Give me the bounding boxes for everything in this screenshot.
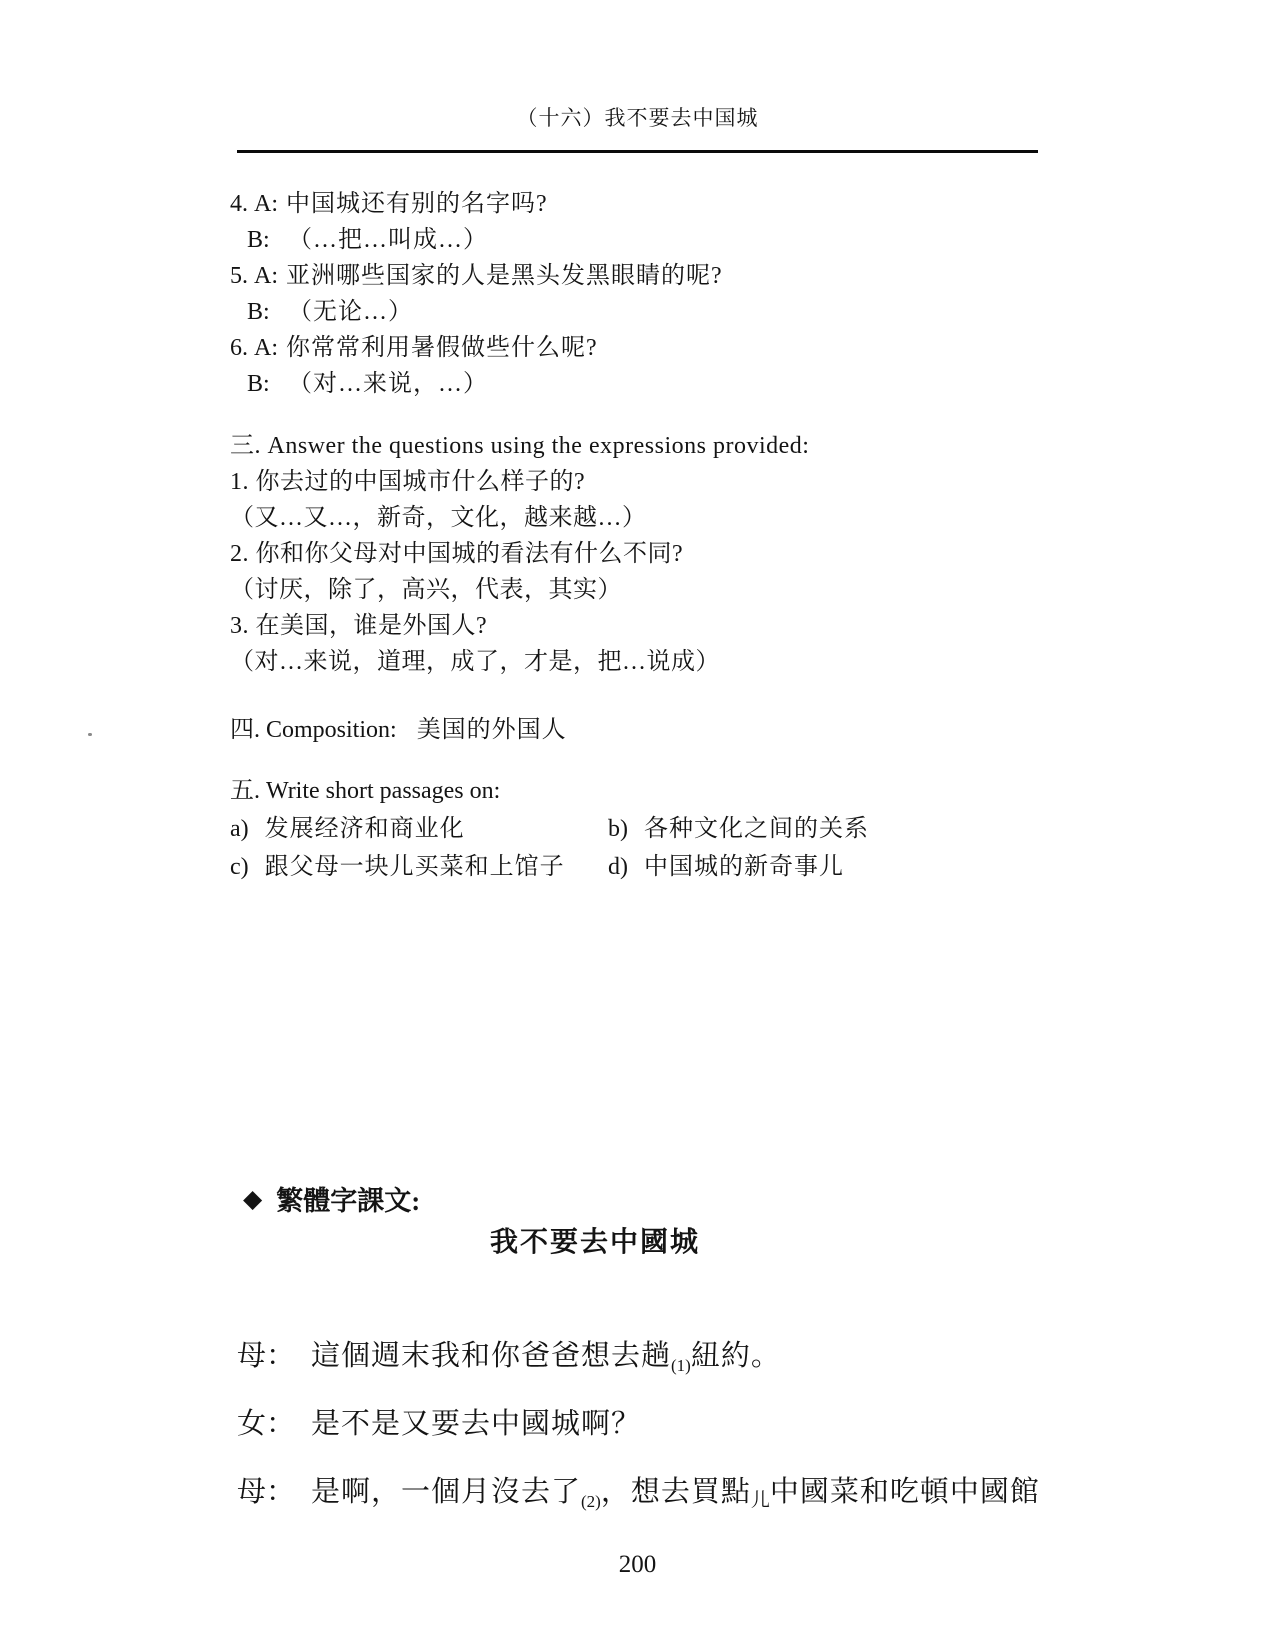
qa-question-text: 你常常利用暑假做些什么呢?	[286, 330, 598, 366]
qa-question-text: 亚洲哪些国家的人是黑头发黑眼睛的呢?	[286, 258, 723, 294]
passage-topic: c)跟父母一块儿买菜和上馆子	[230, 848, 608, 886]
qa-answer-row: B: （…把…叫成…）	[230, 222, 1070, 258]
dialogue-text: 是啊，一個月沒去了(2)，想去買點儿中國菜和吃頓中國館	[311, 1475, 1040, 1519]
dialogue-text: 這個週末我和你爸爸想去趟(1)紐約。	[311, 1339, 781, 1383]
traditional-section-header: ◆ 繁體字課文:	[243, 1179, 420, 1218]
passage-topic-label: a)	[230, 816, 249, 842]
qa-speaker-b-label: B:	[247, 222, 288, 258]
section-four: 四. Composition: 美国的外国人	[230, 709, 1070, 744]
header-rule	[237, 150, 1038, 153]
section-three: 三. Answer the questions using the expres…	[230, 428, 1070, 680]
section-three-heading: 三. Answer the questions using the expres…	[230, 428, 1070, 464]
qa-answer-hint: （…把…叫成…）	[288, 222, 488, 258]
passage-topic-text: 中国城的新奇事儿	[644, 854, 844, 880]
qa-speaker-a-label: A:	[254, 330, 286, 366]
qa-item-number: 6.	[230, 330, 254, 366]
dialogue-line: 女： 是不是又要去中國城啊？	[237, 1407, 1197, 1451]
section-four-heading: 四. Composition:	[230, 717, 397, 743]
dialogue-line: 母： 這個週末我和你爸爸想去趟(1)紐約。	[237, 1339, 1197, 1383]
section-five-heading: 五. Write short passages on:	[230, 775, 1070, 807]
qa-answer-hint: （无论…）	[288, 294, 413, 330]
dialogue-block: 母： 這個週末我和你爸爸想去趟(1)紐約。 女： 是不是又要去中國城啊？ 母： …	[237, 1339, 1197, 1543]
question-line: 2. 你和你父母对中国城的看法有什么不同?	[230, 536, 1070, 572]
traditional-section-label: 繁體字課文:	[276, 1179, 420, 1218]
expressions-line: （讨厌，除了，高兴，代表，其实）	[230, 572, 1070, 608]
passage-topic-label: b)	[608, 816, 628, 842]
qa-speaker-a-label: A:	[254, 258, 286, 294]
passage-topic-text: 各种文化之间的关系	[644, 816, 869, 842]
footnote-marker: (2)	[581, 1492, 601, 1511]
passage-topic-grid: a)发展经济和商业化 b)各种文化之间的关系 c)跟父母一块儿买菜和上馆子 d)…	[230, 810, 1070, 886]
qa-item-number: 4.	[230, 186, 254, 222]
dialogue-speaker: 母：	[237, 1475, 311, 1519]
qa-question-row: 6. A: 你常常利用暑假做些什么呢?	[230, 330, 1070, 366]
passage-topic-label: d)	[608, 854, 628, 880]
qa-question-text: 中国城还有别的名字吗?	[286, 186, 548, 222]
passage-topic-label: c)	[230, 854, 249, 880]
page-header-title: （十六）我不要去中国城	[0, 102, 1275, 132]
qa-answer-row: B: （无论…）	[230, 294, 1070, 330]
small-er-suffix: 儿	[751, 1490, 770, 1511]
expressions-line: （对…来说，道理，成了，才是，把…说成）	[230, 644, 1070, 680]
dialogue-speaker: 母：	[237, 1339, 311, 1383]
passage-topic-text: 跟父母一块儿买菜和上馆子	[265, 854, 565, 880]
scan-speck	[88, 733, 92, 736]
footnote-marker: (1)	[671, 1356, 691, 1375]
dialogue-speaker: 女：	[237, 1407, 311, 1451]
page-number: 200	[0, 1551, 1275, 1579]
dialogue-line: 母： 是啊，一個月沒去了(2)，想去買點儿中國菜和吃頓中國館	[237, 1475, 1197, 1519]
dialogue-text: 是不是又要去中國城啊？	[311, 1407, 641, 1451]
qa-question-row: 5. A: 亚洲哪些国家的人是黑头发黑眼睛的呢?	[230, 258, 1070, 294]
passage-topic: a)发展经济和商业化	[230, 810, 608, 848]
passage-topic: b)各种文化之间的关系	[608, 810, 1070, 848]
expressions-line: （又…又…，新奇，文化，越来越…）	[230, 500, 1070, 536]
qa-question-row: 4. A: 中国城还有别的名字吗?	[230, 186, 1070, 222]
question-line: 3. 在美国，谁是外国人?	[230, 608, 1070, 644]
qa-answer-row: B: （对…来说，…）	[230, 366, 1070, 402]
qa-speaker-b-label: B:	[247, 366, 288, 402]
composition-topic: 美国的外国人	[417, 717, 567, 743]
qa-exercise-section: 4. A: 中国城还有别的名字吗? B: （…把…叫成…） 5. A: 亚洲哪些…	[230, 186, 1070, 402]
qa-item-number: 5.	[230, 258, 254, 294]
qa-speaker-a-label: A:	[254, 186, 286, 222]
document-page: （十六）我不要去中国城 4. A: 中国城还有别的名字吗? B: （…把…叫成……	[0, 0, 1275, 1650]
passage-topic-text: 发展经济和商业化	[265, 816, 465, 842]
qa-speaker-b-label: B:	[247, 294, 288, 330]
lesson-title-traditional: 我不要去中國城	[190, 1220, 1000, 1260]
section-five: 五. Write short passages on: a)发展经济和商业化 b…	[230, 775, 1070, 886]
diamond-bullet-icon: ◆	[243, 1187, 262, 1212]
passage-topic: d)中国城的新奇事儿	[608, 848, 1070, 886]
qa-answer-hint: （对…来说，…）	[288, 366, 488, 402]
question-line: 1. 你去过的中国城市什么样子的?	[230, 464, 1070, 500]
